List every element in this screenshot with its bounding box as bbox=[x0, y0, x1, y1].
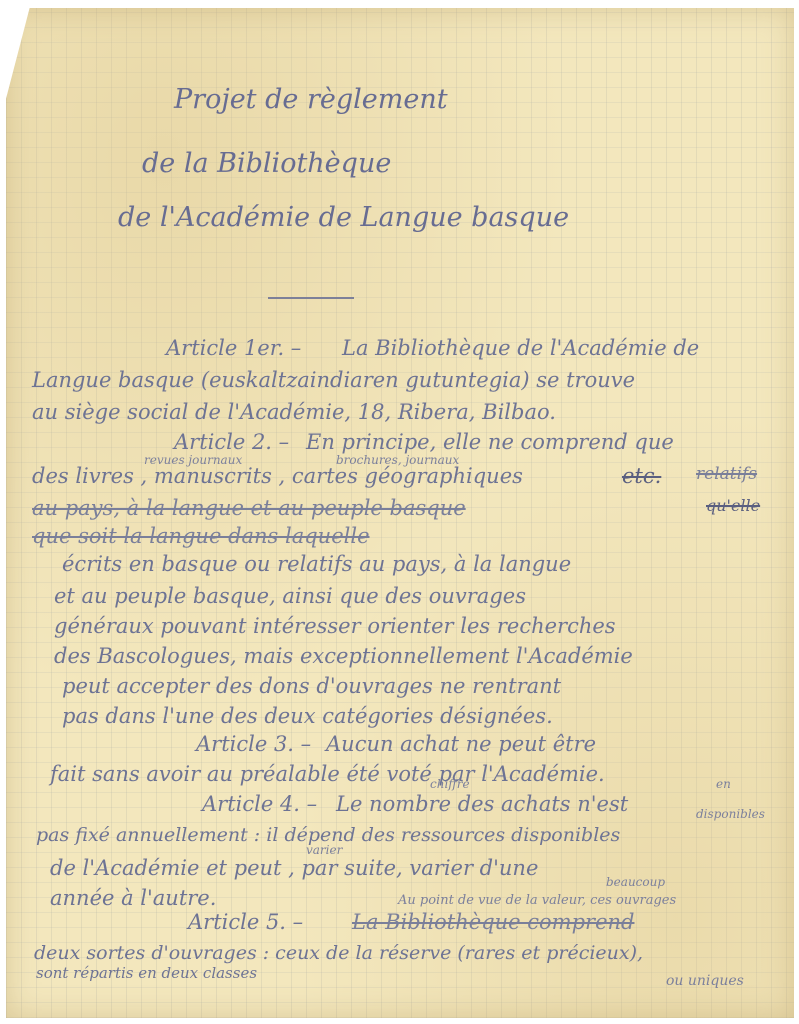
article-1-heading: Article 1er. – bbox=[166, 338, 301, 359]
crossed-etc: etc. bbox=[622, 466, 661, 487]
article-1-line: Langue basque (euskaltzaindiaren gutunte… bbox=[32, 370, 635, 391]
title-line-3: de l'Académie de Langue basque bbox=[118, 204, 569, 231]
article-5-line: deux sortes d'ouvrages : ceux de la rése… bbox=[34, 944, 643, 963]
article-3-heading: Article 3. – bbox=[196, 734, 311, 755]
insertion-point-de-vue: Au point de vue de la valeur, ces ouvrag… bbox=[398, 894, 676, 907]
article-2-line: En principe, elle ne comprend que bbox=[306, 432, 674, 453]
article-2-heading: Article 2. – bbox=[174, 432, 289, 453]
title-line-1: Projet de règlement bbox=[174, 86, 448, 113]
insertion-disponibles: disponibles bbox=[696, 808, 765, 820]
handwritten-document-page: Projet de règlement de la Bibliothèque d… bbox=[6, 8, 794, 1018]
insertion-en: en bbox=[716, 778, 731, 790]
crossed-qu-elle: qu'elle bbox=[706, 498, 760, 514]
article-1-line: au siège social de l'Académie, 18, Riber… bbox=[32, 402, 556, 423]
article-2-line: des Bascologues, mais exceptionnellement… bbox=[54, 646, 633, 667]
article-5-heading: Article 5. – bbox=[188, 912, 303, 933]
article-4-line: de l'Académie et peut , par suite, varie… bbox=[50, 858, 538, 879]
article-2-crossed-line: au pays, à la langue et au peuple basque bbox=[32, 498, 466, 519]
article-2-line: des livres , manuscrits , cartes géograp… bbox=[32, 466, 523, 487]
crossed-relatifs: relatifs bbox=[696, 466, 757, 483]
article-2-line: pas dans l'une des deux catégories désig… bbox=[62, 706, 553, 727]
article-2-crossed-line: que soit la langue dans laquelle bbox=[32, 526, 370, 547]
article-2-line: écrits en basque ou relatifs au pays, à … bbox=[62, 554, 571, 575]
article-3-line: Aucun achat ne peut être bbox=[326, 734, 596, 755]
title-divider bbox=[268, 297, 354, 299]
article-2-line: généraux pouvant intéresser orienter les… bbox=[54, 616, 616, 637]
title-line-2: de la Bibliothèque bbox=[142, 150, 391, 177]
article-2-line: et au peuple basque, ainsi que des ouvra… bbox=[54, 586, 526, 607]
insertion-chiffre: chiffre bbox=[430, 778, 470, 790]
article-4-heading: Article 4. – bbox=[202, 794, 317, 815]
insertion-ou-uniques: ou uniques bbox=[666, 974, 744, 988]
article-3-line: fait sans avoir au préalable été voté pa… bbox=[50, 764, 605, 785]
article-1-line: La Bibliothèque de l'Académie de bbox=[342, 338, 699, 359]
article-2-line: peut accepter des dons d'ouvrages ne ren… bbox=[62, 676, 561, 697]
article-5-line: sont répartis en deux classes bbox=[36, 966, 257, 981]
article-4-line: année à l'autre. bbox=[50, 888, 216, 909]
article-5-crossed-line: La Bibliothèque comprend bbox=[352, 912, 634, 933]
article-4-line: Le nombre des achats n'est bbox=[336, 794, 628, 815]
insertion-varier: varier bbox=[306, 844, 342, 856]
insertion-beaucoup: beaucoup bbox=[606, 876, 665, 888]
